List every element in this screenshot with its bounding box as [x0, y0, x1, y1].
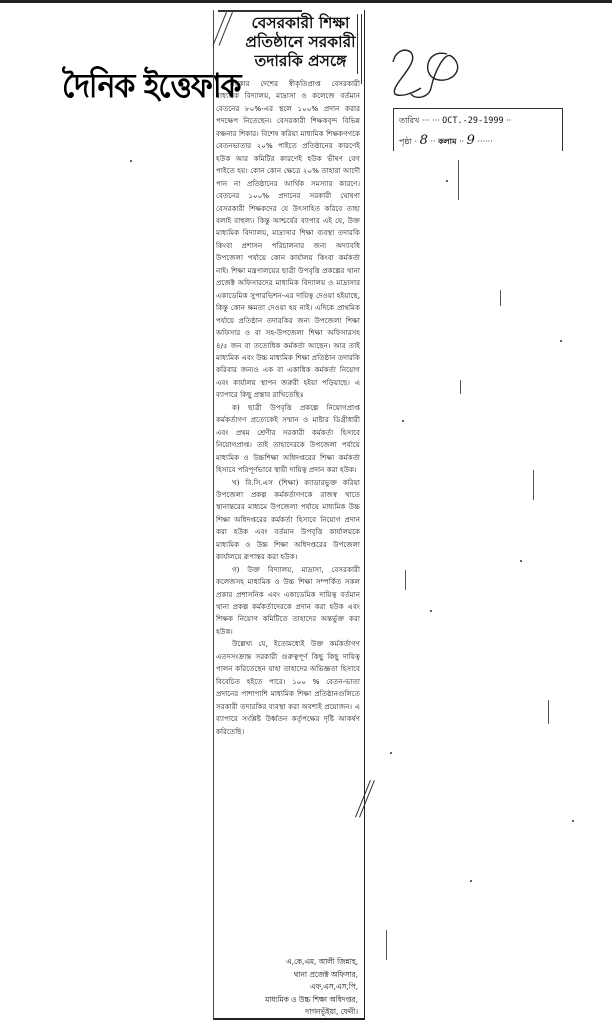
closing-paragraph: উল্লেখ্য যে, ইতোমধ্যেই উক্ত কর্মকর্তাগণ … [216, 638, 360, 738]
stamp-date-row: তারিখ ··· ··· OCT.-29-1999 ·· [399, 115, 511, 128]
signature-line: দাগনভূঁইয়া, ফেনী। [216, 1006, 358, 1019]
stamp-column-label: কলাম [438, 137, 456, 146]
proposal-ga: গ) উক্ত বিদ্যালয়, মাদ্রাসা, বেসরকারী কল… [216, 564, 360, 639]
author-signature: এ,কে,এম, আলী জিন্নাহ, থানা প্রজেক্ট অফিস… [216, 956, 358, 1019]
scan-noise [548, 700, 549, 724]
proposal-ka: ক) ছাত্রী উপবৃত্তি প্রকল্পে নিয়োগপ্রাপ্… [216, 402, 360, 477]
stamp-date-value: OCT.-29-1999 [442, 116, 503, 126]
scan-noise [520, 560, 522, 562]
scan-top-edge [0, 0, 612, 3]
signature-line: থানা প্রজেক্ট অফিসার, [216, 969, 358, 982]
stamp-date-label: তারিখ [399, 116, 419, 125]
stamp-page-value: 8 [420, 133, 428, 148]
scan-noise [560, 340, 562, 342]
signature-line: এ,কে,এম, আলী জিন্নাহ, [216, 956, 358, 969]
headline-line: তদারকি প্রসঙ্গে [233, 52, 368, 71]
clipping-date-stamp: তারিখ ··· ··· OCT.-29-1999 ·· পৃষ্ঠা · 8… [393, 108, 563, 151]
stamp-page-row: পৃষ্ঠা · 8 ·· কলাম ·· 9 ······ [399, 133, 493, 149]
svg-text:29: 29 [385, 40, 387, 41]
scan-noise [430, 610, 432, 612]
scan-noise [386, 930, 387, 960]
signature-line: এফ,এস,এস,পি, [216, 981, 358, 994]
scan-noise [390, 752, 392, 754]
scan-noise [500, 290, 501, 306]
scan-noise [130, 160, 132, 162]
scan-noise [405, 570, 406, 590]
headline-line: প্রতিষ্ঠানে সরকারী [233, 33, 368, 52]
scan-noise [572, 820, 574, 822]
scan-noise [402, 420, 404, 422]
scan-noise [460, 380, 461, 394]
article-body: সরকার দেশের স্বীকৃতিপ্রাপ্ত বেসরকারী মাধ… [216, 78, 360, 738]
article-paragraph: সরকার দেশের স্বীকৃতিপ্রাপ্ত বেসরকারী মাধ… [216, 78, 360, 402]
scan-noise [446, 180, 448, 182]
stamp-column-value: 9 [467, 133, 475, 148]
scan-noise [458, 160, 459, 200]
article-headline: বেসরকারী শিক্ষা প্রতিষ্ঠানে সরকারী তদারক… [233, 14, 368, 71]
stamp-page-label: পৃষ্ঠা [399, 137, 412, 146]
signature-line: মাধ্যমিক ও উচ্চ শিক্ষা অধিদপ্তর, [216, 994, 358, 1007]
headline-line: বেসরকারী শিক্ষা [233, 14, 368, 33]
proposal-kha: খ) বি.সি.এস (শিক্ষা) ক্যাডারভুক্ত করিয়া… [216, 477, 360, 564]
scan-noise [470, 880, 472, 882]
scan-noise [533, 470, 534, 500]
